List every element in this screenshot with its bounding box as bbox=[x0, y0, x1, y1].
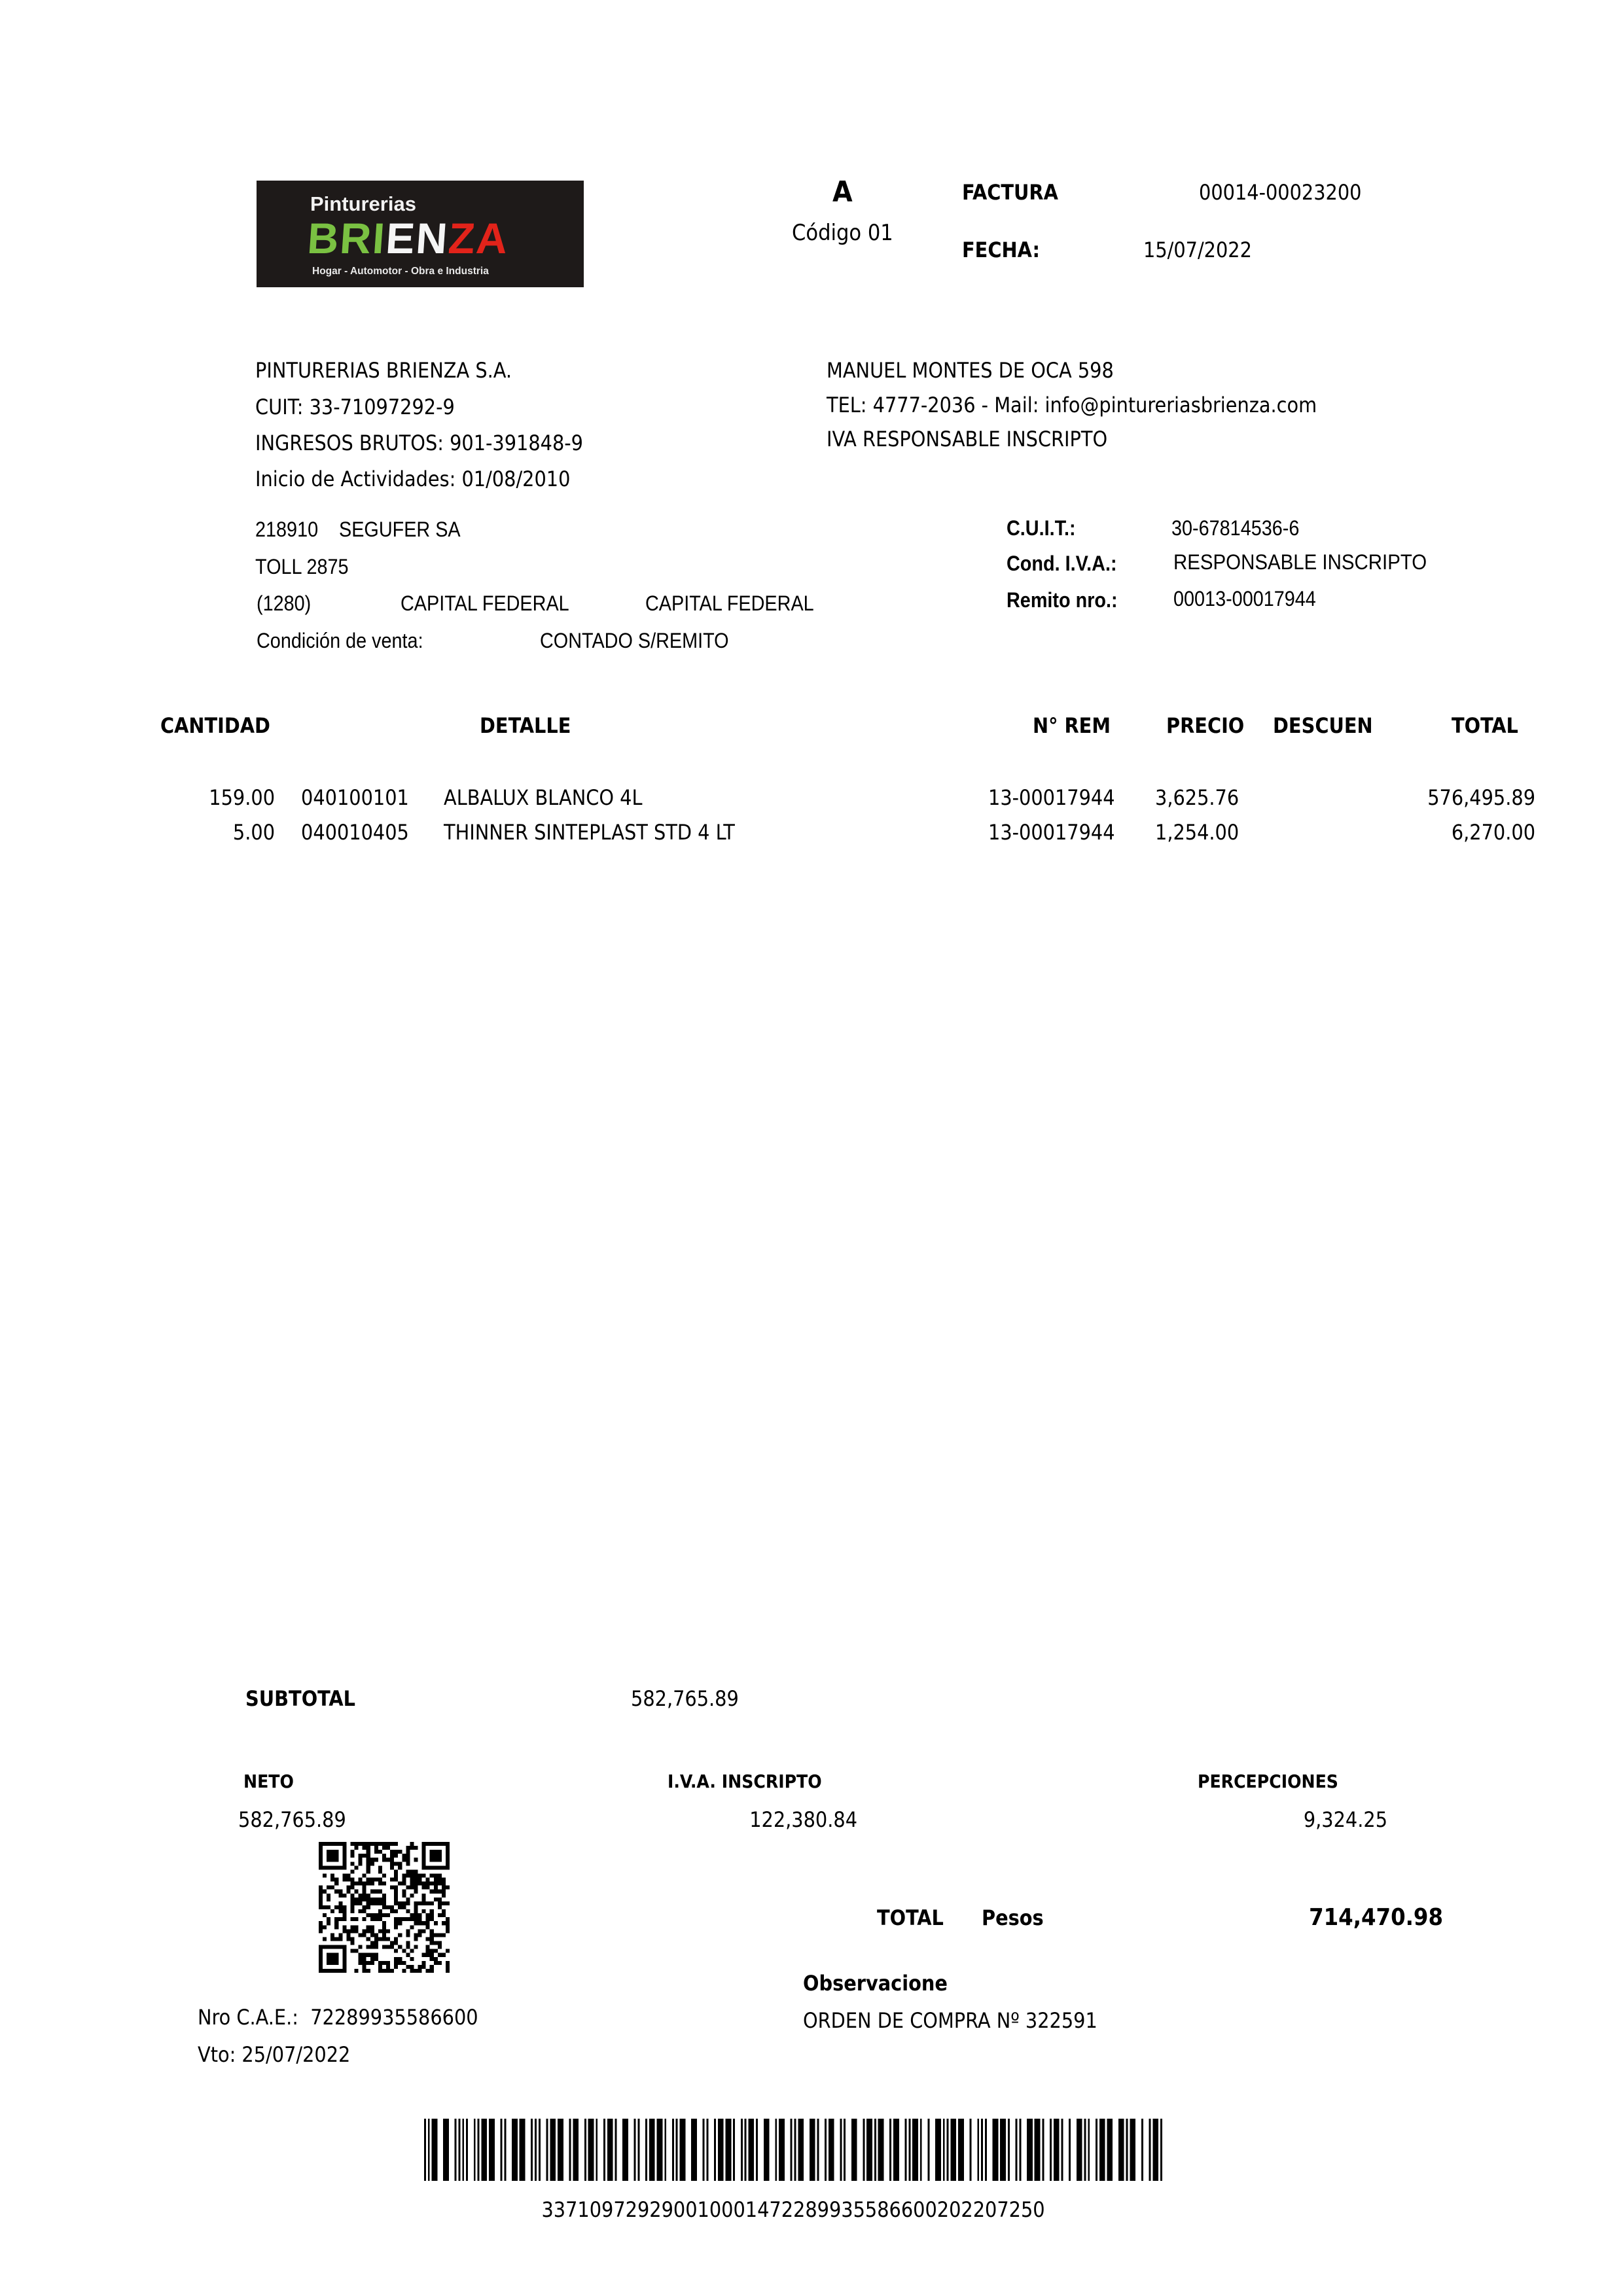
col-header-total: TOTAL bbox=[1452, 713, 1518, 738]
iva-value: 122,380.84 bbox=[654, 1807, 857, 1832]
row-rem: 13-00017944 bbox=[988, 820, 1115, 845]
sale-condition-value: CONTADO S/REMITO bbox=[540, 629, 729, 653]
row-codigo: 040100101 bbox=[301, 785, 409, 810]
row-codigo: 040010405 bbox=[301, 820, 409, 845]
remito-value: 00013-00017944 bbox=[1173, 587, 1316, 611]
fecha-label: FECHA: bbox=[962, 238, 1040, 262]
remito-label: Remito nro.: bbox=[1007, 588, 1118, 612]
col-header-cantidad: CANTIDAD bbox=[160, 713, 270, 738]
neto-value: 582,765.89 bbox=[238, 1807, 346, 1832]
logo-brand-part-2: EN bbox=[384, 214, 450, 262]
fecha-value: 15/07/2022 bbox=[1143, 238, 1252, 262]
observations-label: Observacione bbox=[803, 1971, 948, 1996]
cae-number: Nro C.A.E.: 72289935586600 bbox=[198, 2005, 478, 2030]
observations-text: ORDEN DE COMPRA Nº 322591 bbox=[803, 2008, 1097, 2033]
factura-label: FACTURA bbox=[962, 180, 1058, 205]
client-street: TOLL 2875 bbox=[255, 555, 349, 579]
logo-brand-part-1: BRI bbox=[306, 214, 387, 262]
client-code: 218910 bbox=[255, 518, 318, 542]
row-precio: 3,625.76 bbox=[1155, 785, 1239, 810]
row-precio: 1,254.00 bbox=[1155, 820, 1239, 845]
col-header-precio: PRECIO bbox=[1166, 713, 1244, 738]
client-cuit-label: C.U.I.T.: bbox=[1007, 516, 1076, 540]
percepciones-value: 9,324.25 bbox=[1178, 1807, 1387, 1832]
invoice-letter: A bbox=[832, 175, 853, 209]
client-postal-code: (1280) bbox=[257, 592, 311, 616]
subtotal-value: 582,765.89 bbox=[631, 1686, 739, 1711]
client-name: SEGUFER SA bbox=[339, 518, 461, 542]
currency-label: Pesos bbox=[982, 1905, 1044, 1930]
row-total: 6,270.00 bbox=[1309, 820, 1535, 845]
issuer-address: MANUEL MONTES DE OCA 598 bbox=[827, 358, 1114, 383]
percepciones-label: PERCEPCIONES bbox=[1198, 1771, 1338, 1792]
row-rem: 13-00017944 bbox=[988, 785, 1115, 810]
row-detalle: THINNER SINTEPLAST STD 4 LT bbox=[444, 820, 735, 845]
col-header-rem: N° REM bbox=[1033, 713, 1111, 738]
row-cantidad: 5.00 bbox=[170, 820, 275, 845]
issuer-inicio-actividades: Inicio de Actividades: 01/08/2010 bbox=[255, 467, 570, 491]
client-city: CAPITAL FEDERAL bbox=[401, 592, 569, 616]
iva-label: I.V.A. INSCRIPTO bbox=[668, 1771, 822, 1792]
factura-number: 00014-00023200 bbox=[1199, 180, 1361, 205]
total-value: 714,470.98 bbox=[1257, 1904, 1443, 1931]
sale-condition-label: Condición de venta: bbox=[257, 629, 423, 653]
logo-brand: BRIENZA bbox=[306, 213, 510, 263]
row-cantidad: 159.00 bbox=[170, 785, 275, 810]
company-logo: Pinturerias BRIENZA Hogar - Automotor - … bbox=[257, 181, 584, 287]
col-header-detalle: DETALLE bbox=[480, 713, 571, 738]
qr-code bbox=[319, 1842, 450, 1973]
issuer-iva-condition: IVA RESPONSABLE INSCRIPTO bbox=[827, 427, 1107, 451]
issuer-ingresos-brutos: INGRESOS BRUTOS: 901-391848-9 bbox=[255, 431, 583, 455]
barcode-number: 3371097292900100014722899355866002022072… bbox=[424, 2197, 1162, 2222]
issuer-name: PINTURERIAS BRIENZA S.A. bbox=[255, 358, 512, 383]
issuer-cuit: CUIT: 33-71097292-9 bbox=[255, 395, 455, 419]
client-province: CAPITAL FEDERAL bbox=[645, 592, 814, 616]
cae-due-date: Vto: 25/07/2022 bbox=[198, 2042, 350, 2067]
client-cuit-value: 30-67814536-6 bbox=[1171, 516, 1299, 540]
col-header-descuento: DESCUEN bbox=[1273, 713, 1373, 738]
neto-label: NETO bbox=[243, 1771, 294, 1792]
logo-line1: Pinturerias bbox=[310, 192, 416, 216]
subtotal-label: SUBTOTAL bbox=[245, 1686, 355, 1711]
barcode bbox=[424, 2119, 1162, 2181]
row-detalle: ALBALUX BLANCO 4L bbox=[444, 785, 643, 810]
client-iva-label: Cond. I.V.A.: bbox=[1007, 552, 1117, 576]
invoice-code: Código 01 bbox=[792, 220, 893, 246]
logo-brand-part-3: ZA bbox=[447, 214, 510, 262]
row-total: 576,495.89 bbox=[1309, 785, 1535, 810]
total-label: TOTAL bbox=[877, 1905, 944, 1930]
client-iva-value: RESPONSABLE INSCRIPTO bbox=[1173, 550, 1427, 574]
issuer-contact: TEL: 4777-2036 - Mail: info@pintureriasb… bbox=[827, 393, 1317, 417]
logo-tagline: Hogar - Automotor - Obra e Industria bbox=[312, 266, 489, 277]
